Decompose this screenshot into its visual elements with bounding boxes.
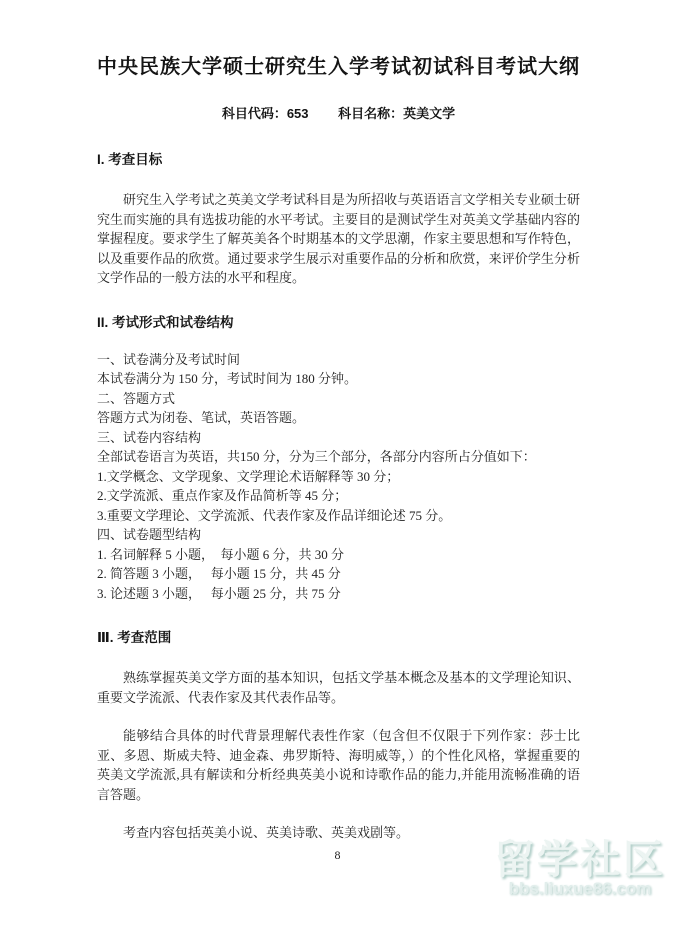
watermark-url: bbs.liuxue86.com	[490, 879, 670, 899]
exam-rule-line: 三、试卷内容结构	[97, 428, 580, 448]
exam-rule-line: 本试卷满分为 150 分，考试时间为 180 分钟。	[97, 369, 580, 389]
exam-rule-line: 3. 论述题 3 小题， 每小题 25 分，共 75 分	[97, 584, 580, 604]
exam-rule-line: 3.重要文学理论、文学流派、代表作家及作品详细论述 75 分。	[97, 506, 580, 526]
section-2-heading: II. 考试形式和试卷结构	[97, 314, 580, 332]
section-3-heading: Ⅲ. 考查范围	[97, 629, 580, 647]
exam-rule-line: 1.文学概念、文学现象、文学理论术语解释等 30 分；	[97, 467, 580, 487]
section-1-heading: I. 考查目标	[97, 151, 580, 169]
exam-rule-line: 四、试卷题型结构	[97, 525, 580, 545]
subject-line: 科目代码：653 科目名称：英美文学	[97, 105, 580, 123]
section-3-paragraph: 熟练掌握英美文学方面的基本知识，包括文学基本概念及基本的文学理论知识、重要文学流…	[97, 668, 580, 707]
section-1-paragraph: 研究生入学考试之英美文学考试科目是为所招收与英语语言文学相关专业硕士研究生而实施…	[97, 190, 580, 288]
exam-rule-line: 答题方式为闭卷、笔试，英语答题。	[97, 408, 580, 428]
page-title: 中央民族大学硕士研究生入学考试初试科目考试大纲	[97, 52, 580, 82]
exam-rule-line: 2. 简答题 3 小题， 每小题 15 分，共 45 分	[97, 564, 580, 584]
section-3-paragraph: 能够结合具体的时代背景理解代表性作家（包含但不仅限于下列作家：莎士比亚、多恩、斯…	[97, 726, 580, 804]
document-content: 中央民族大学硕士研究生入学考试初试科目考试大纲 科目代码：653 科目名称：英美…	[0, 52, 675, 843]
section-2-body: 一、试卷满分及考试时间 本试卷满分为 150 分，考试时间为 180 分钟。 二…	[97, 350, 580, 604]
document-page: 中央民族大学硕士研究生入学考试初试科目考试大纲 科目代码：653 科目名称：英美…	[0, 0, 675, 925]
subject-code: 科目代码：653	[222, 106, 309, 121]
exam-rule-line: 二、答题方式	[97, 389, 580, 409]
watermark: 留学社区 bbs.liuxue86.com	[490, 838, 670, 899]
exam-rule-line: 一、试卷满分及考试时间	[97, 350, 580, 370]
exam-rule-line: 全部试卷语言为英语，共150 分，分为三个部分，各部分内容所占分值如下：	[97, 447, 580, 467]
exam-rule-line: 2.文学流派、重点作家及作品简析等 45 分；	[97, 486, 580, 506]
watermark-logo-text: 留学社区	[490, 838, 670, 882]
subject-name: 科目名称：英美文学	[338, 106, 455, 121]
exam-rule-line: 1. 名词解释 5 小题， 每小题 6 分，共 30 分	[97, 545, 580, 565]
